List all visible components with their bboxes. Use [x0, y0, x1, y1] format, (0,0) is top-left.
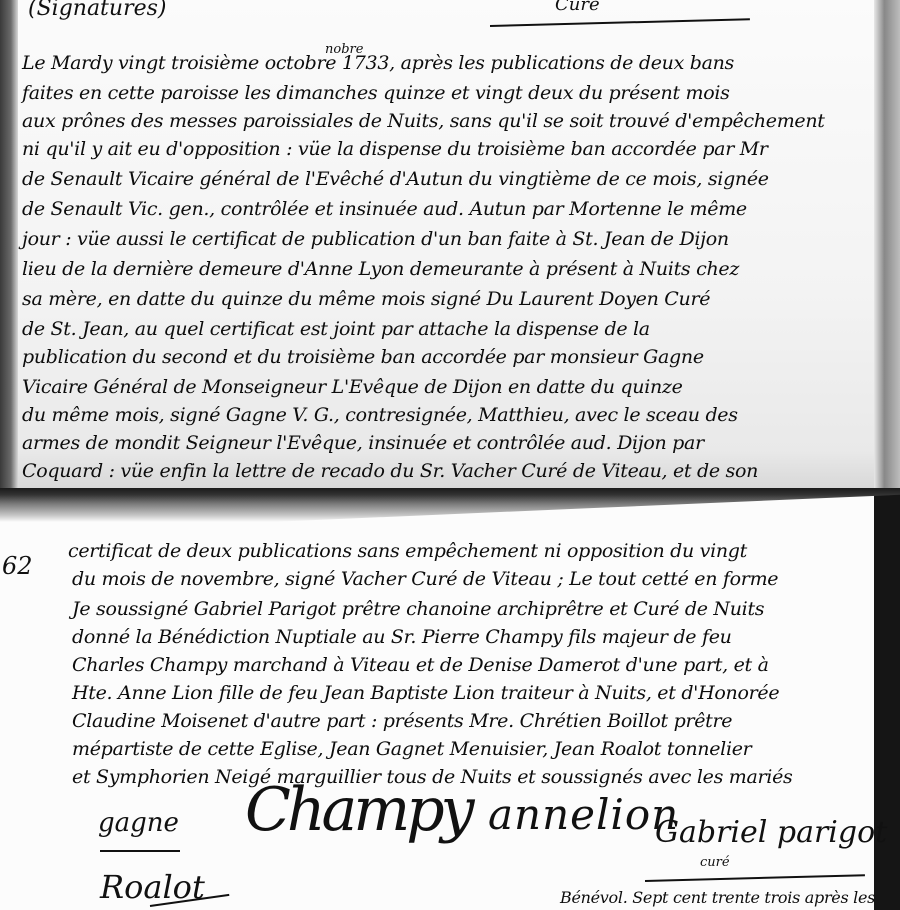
page-binding-edge — [0, 0, 18, 490]
signature-gabriel-parigot: Gabriel parigot — [655, 815, 887, 850]
signature-anne-lion: annelion — [488, 790, 679, 839]
entry-line-9: sa mère, en datte du quinze du même mois… — [22, 288, 710, 310]
page-right-edge — [874, 0, 900, 490]
signature-rule-gagne — [100, 850, 180, 852]
entry-line-19: donné la Bénédiction Nuptiale au Sr. Pie… — [72, 626, 732, 648]
entry-line-6: de Senault Vic. gen., contrôlée et insin… — [22, 198, 747, 220]
entry-line-15: Coquard : vüe enfin la lettre de recado … — [22, 460, 758, 482]
header-fragment-signatures: (Signatures) — [28, 0, 166, 21]
entry-line-21: Hte. Anne Lion fille de feu Jean Baptist… — [72, 682, 779, 704]
signature-champy: Champy — [245, 775, 471, 845]
entry-line-20: Charles Champy marchand à Viteau et de D… — [72, 654, 769, 676]
margin-entry-number: 62 — [2, 552, 33, 580]
entry-line-4: ni qu'il y ait eu d'opposition : vüe la … — [22, 138, 768, 160]
header-fragment-cure: Curé — [555, 0, 600, 15]
entry-line-18: Je soussigné Gabriel Parigot prêtre chan… — [72, 598, 764, 620]
register-page-top: (Signatures) Curé nobre Le Mardy vingt t… — [0, 0, 900, 490]
entry-line-11: publication du second et du troisième ba… — [22, 346, 704, 368]
entry-line-16: certificat de deux publications sans emp… — [68, 540, 747, 562]
entry-line-14: armes de mondit Seigneur l'Evêque, insin… — [22, 432, 704, 454]
signature-gagne: gagne — [98, 808, 179, 838]
entry-line-5: de Senault Vicaire général de l'Evêché d… — [22, 168, 769, 190]
entry-line-23: mépartiste de cette Eglise, Jean Gagnet … — [72, 738, 751, 760]
entry-line-7: jour : vüe aussi le certificat de public… — [22, 228, 729, 250]
entry-line-8: lieu de la dernière demeure d'Anne Lyon … — [22, 258, 739, 280]
entry-line-22: Claudine Moisenet d'autre part : présent… — [72, 710, 732, 732]
signature-title-cure: curé — [700, 855, 730, 870]
entry-line-13: du même mois, signé Gagne V. G., contres… — [22, 404, 738, 426]
entry-line-1: Le Mardy vingt troisième octobre 1733, a… — [22, 52, 734, 74]
header-rule — [490, 18, 750, 27]
entry-line-2: faites en cette paroisse les dimanches q… — [22, 82, 730, 104]
entry-line-17: du mois de novembre, signé Vacher Curé d… — [72, 568, 778, 590]
entry-line-12: Vicaire Général de Monseigneur L'Evêque … — [22, 376, 683, 398]
entry-line-3: aux prônes des messes paroissiales de Nu… — [22, 110, 825, 132]
entry-line-10: de St. Jean, au quel certificat est join… — [22, 318, 650, 340]
next-entry-fragment: Bénévol. Sept cent trente trois après le… — [560, 888, 875, 907]
